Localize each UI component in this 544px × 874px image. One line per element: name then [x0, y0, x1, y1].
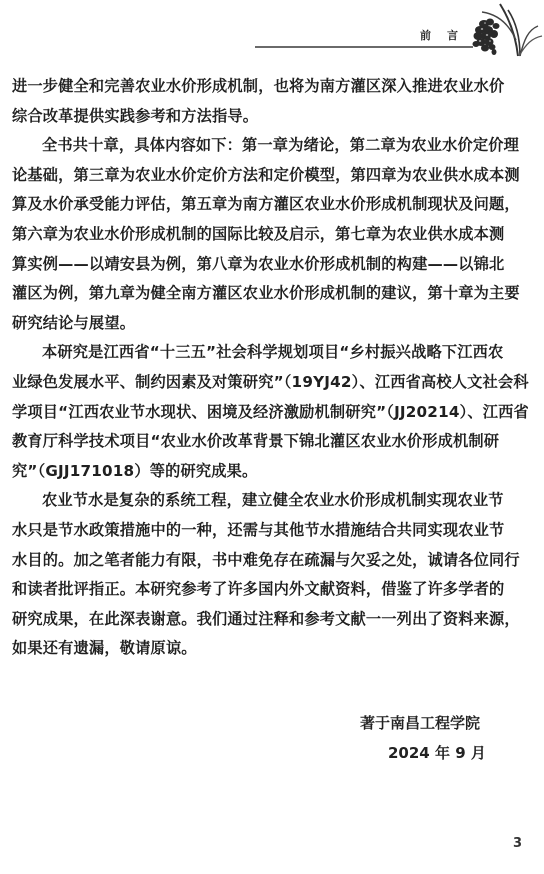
text-line: 全书共十章，具体内容如下：第一章为绪论，第二章为农业水价定价理: [12, 131, 532, 161]
text-line: 农业节水是复杂的系统工程，建立健全农业水价形成机制实现农业节: [12, 486, 532, 516]
text-line: 算实例——以靖安县为例，第八章为农业水价形成机制的构建——以锦北: [12, 250, 532, 280]
text-line: 如果还有遗漏，敬请原谅。: [12, 634, 532, 664]
signature-affiliation: 著于南昌工程学院: [360, 714, 480, 732]
page-number: 3: [513, 836, 522, 851]
text-line: 综合改革提供实践参考和方法指导。: [12, 102, 532, 132]
header-rule: [255, 46, 473, 48]
paragraph-3: 本研究是江西省“十三五”社会科学规划项目“乡村振兴战略下江西农 业绿色发展水平、…: [12, 338, 532, 486]
text-line: 研究成果，在此深表谢意。我们通过注释和参考文献一一列出了资料来源，: [12, 605, 532, 635]
rice-plant-icon: [466, 0, 544, 58]
text-line: 第六章为农业水价形成机制的国际比较及启示，第七章为农业供水成本测: [12, 220, 532, 250]
text-line: 论基础，第三章为农业水价定价方法和定价模型，第四章为农业供水成本测: [12, 161, 532, 191]
paragraph-2: 全书共十章，具体内容如下：第一章为绪论，第二章为农业水价定价理 论基础，第三章为…: [12, 131, 532, 338]
text-line: 进一步健全和完善农业水价形成机制，也将为南方灌区深入推进农业水价: [12, 72, 532, 102]
text-line: 算及水价承受能力评估，第五章为南方灌区农业水价形成机制现状及问题，: [12, 190, 532, 220]
text-line: 学项目“江西农业节水现状、困境及经济激励机制研究”（JJ20214）、江西省: [12, 398, 532, 428]
text-line: 和读者批评指正。本研究参考了许多国内外文献资料，借鉴了许多学者的: [12, 575, 532, 605]
text-line: 研究结论与展望。: [12, 309, 532, 339]
paragraph-1: 进一步健全和完善农业水价形成机制，也将为南方灌区深入推进农业水价 综合改革提供实…: [12, 72, 532, 131]
text-line: 灌区为例，第九章为健全南方灌区农业水价形成机制的建议，第十章为主要: [12, 279, 532, 309]
signature-date: 2024 年 9 月: [360, 738, 486, 768]
text-line: 水目的。加之笔者能力有限，书中难免存在疏漏与欠妥之处，诚请各位同行: [12, 546, 532, 576]
paragraph-4: 农业节水是复杂的系统工程，建立健全农业水价形成机制实现农业节 水只是节水政策措施…: [12, 486, 532, 664]
signature-block: 著于南昌工程学院 2024 年 9 月: [360, 708, 486, 768]
text-line: 本研究是江西省“十三五”社会科学规划项目“乡村振兴战略下江西农: [12, 338, 532, 368]
text-line: 业绿色发展水平、制约因素及对策研究”（19YJ42）、江西省高校人文社会科: [12, 368, 532, 398]
text-line: 究”（GJJ171018）等的研究成果。: [12, 457, 532, 487]
text-line: 水只是节水政策措施中的一种，还需与其他节水措施结合共同实现农业节: [12, 516, 532, 546]
preface-body: 进一步健全和完善农业水价形成机制，也将为南方灌区深入推进农业水价 综合改革提供实…: [12, 72, 532, 664]
text-line: 教育厅科学技术项目“农业水价改革背景下锦北灌区农业水价形成机制研: [12, 427, 532, 457]
